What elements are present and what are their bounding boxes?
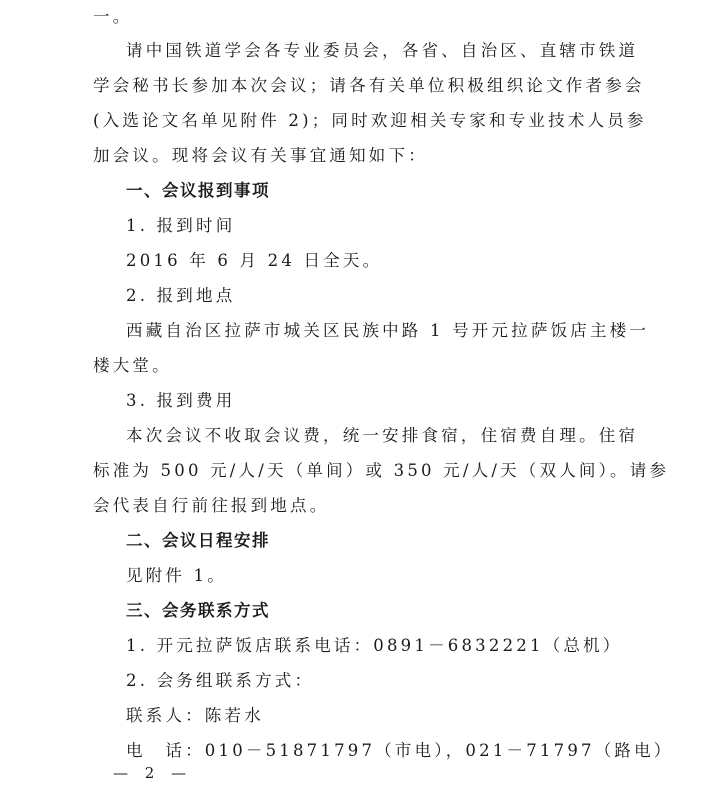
registration-location-label: 2. 报到地点	[126, 279, 235, 313]
page-number: — 2 —	[113, 764, 192, 782]
section-heading-contact: 三、会务联系方式	[126, 594, 270, 628]
registration-location-value-cont: 楼大堂。	[93, 349, 172, 383]
hotel-phone: 1. 开元拉萨饭店联系电话：0891－6832221（总机）	[126, 629, 622, 663]
text-line: 请中国铁道学会各专业委员会，各省、自治区、直辖市铁道	[126, 34, 638, 68]
registration-fee-text-cont: 标准为 500 元/人/天（单间）或 350 元/人/天（双人间）。请参	[93, 454, 669, 488]
schedule-text: 见附件 1。	[126, 559, 227, 593]
text-line: 学会秘书长参加本次会议；请各有关单位积极组织论文作者参会	[93, 69, 645, 103]
section-heading-schedule: 二、会议日程安排	[126, 524, 270, 558]
registration-location-value: 西藏自治区拉萨市城关区民族中路 1 号开元拉萨饭店主楼一	[126, 314, 649, 348]
registration-time-value: 2016 年 6 月 24 日全天。	[126, 244, 382, 278]
text-line: 加会议。现将会议有关事宜通知如下：	[93, 139, 428, 173]
section-heading-registration: 一、会议报到事项	[126, 174, 270, 208]
registration-fee-label: 3. 报到费用	[126, 384, 235, 418]
contact-group-label: 2. 会务组联系方式：	[126, 664, 314, 698]
contact-phone: 电 话：010－51871797（市电），021－71797（路电）	[126, 734, 674, 768]
registration-fee-text: 本次会议不收取会议费，统一安排食宿，住宿费自理。住宿	[126, 419, 638, 453]
registration-time-label: 1. 报到时间	[126, 209, 235, 243]
text-line: 一。	[93, 0, 132, 34]
registration-fee-text-cont: 会代表自行前往报到地点。	[93, 489, 329, 523]
contact-person: 联系人：陈若水	[126, 699, 264, 733]
text-line: (入选论文名单见附件 2)；同时欢迎相关专家和专业技术人员参	[93, 104, 647, 138]
